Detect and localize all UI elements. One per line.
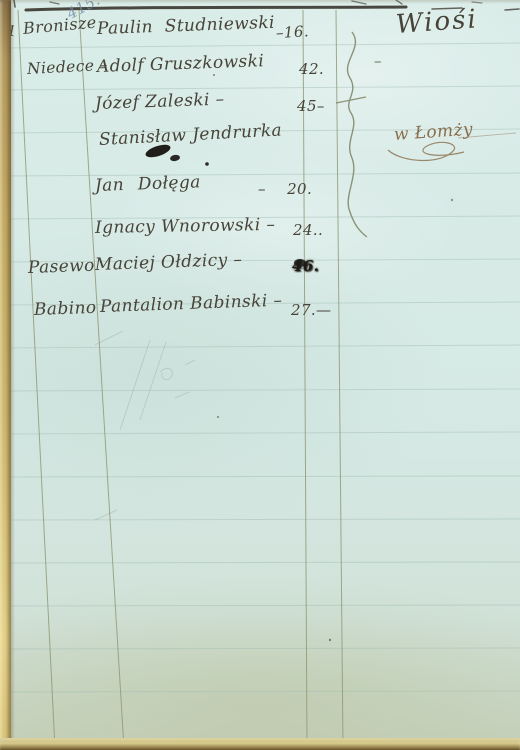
row-note-dash: –: [374, 52, 382, 70]
scan-artwork-layer: [0, 0, 520, 750]
person-name: Ignacy Wnorowski –: [95, 215, 276, 238]
page-bottom-edge: [0, 738, 520, 750]
age-value: 24..: [293, 221, 323, 239]
village-label: Pasewo: [28, 256, 95, 278]
age-value: – 20.: [258, 180, 312, 198]
grouping-brace: [336, 32, 367, 237]
person-name: Jan Dołęga: [95, 172, 201, 196]
age-value: 27.—: [291, 301, 331, 319]
age-value: 46.: [292, 257, 319, 275]
pencil-scribbles: [95, 331, 195, 520]
village-label: Babino: [34, 298, 97, 320]
column-note: Wiośi: [395, 4, 479, 40]
age-value: 45–: [297, 97, 325, 115]
scanned-register-page: 1 Bronisze 415. Paulin Studniewski –16. …: [0, 0, 520, 750]
column-rule-lines: [18, 10, 343, 748]
page-left-shadow: [11, 0, 15, 750]
age-value: 42.: [299, 60, 324, 78]
age-value: –16.: [276, 22, 310, 42]
page-top-shadow: [0, 0, 520, 4]
page-left-edge: [0, 0, 11, 750]
